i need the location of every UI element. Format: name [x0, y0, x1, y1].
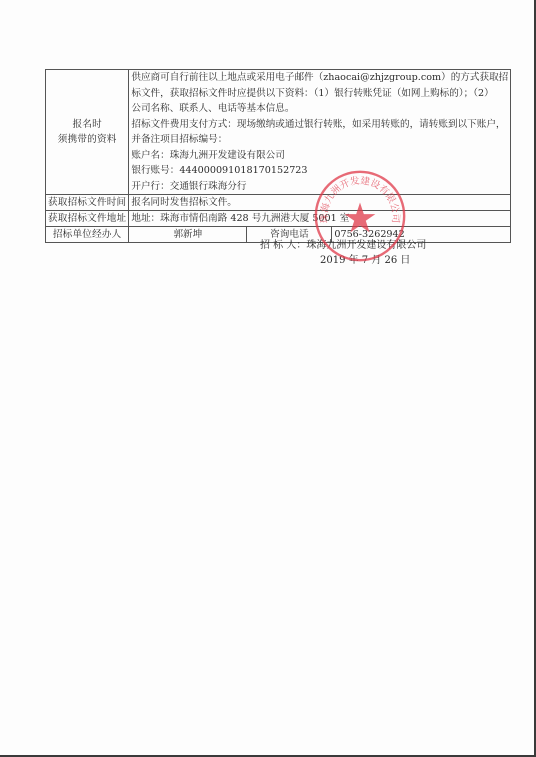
materials-line: 公司名称、联系人、电话等基本信息。	[131, 101, 508, 117]
tenderer-signature: 招 标 人：珠海九洲开发建设有限公司	[260, 236, 426, 251]
materials-label: 报名时 须携带的资料	[46, 70, 129, 195]
contact-label: 招标单位经办人	[46, 227, 129, 243]
address-label: 获取招标文件地址	[46, 211, 129, 227]
signature-date: 2019 年 7 月 26 日	[320, 251, 410, 266]
contact-name: 郭新坤	[129, 227, 247, 243]
materials-content: 供应商可自行前往以上地点或采用电子邮件（zhaocai@zhjzgroup.co…	[129, 70, 511, 195]
materials-line: 并备注项目招标编号：	[131, 132, 508, 148]
materials-line: 银行账号：444000091018170152723	[131, 163, 508, 179]
materials-line: 供应商可自行前往以上地点或采用电子邮件（zhaocai@zhjzgroup.co…	[131, 70, 508, 86]
materials-line: 标文件，获取招标文件时应提供以下资料：（1）银行转账凭证（如网上购标的）；（2）	[131, 86, 508, 102]
time-value: 报名同时发售招标文件。	[129, 195, 511, 211]
table-row-materials: 报名时 须携带的资料 供应商可自行前往以上地点或采用电子邮件（zhaocai@z…	[46, 70, 511, 195]
materials-line: 账户名：珠海九洲开发建设有限公司	[131, 148, 508, 164]
materials-line: 开户行：交通银行珠海分行	[131, 179, 508, 195]
materials-label-line1: 报名时	[48, 117, 126, 133]
materials-line: 招标文件费用支付方式：现场缴纳或通过银行转账，如采用转账的，请转账到以下账户，	[131, 117, 508, 133]
address-value: 地址：珠海市情侣南路 428 号九洲港大厦 5001 室	[129, 211, 511, 227]
tender-info-table: 报名时 须携带的资料 供应商可自行前往以上地点或采用电子邮件（zhaocai@z…	[45, 69, 511, 243]
table-row-address: 获取招标文件地址 地址：珠海市情侣南路 428 号九洲港大厦 5001 室	[46, 211, 511, 227]
table-row-time: 获取招标文件时间 报名同时发售招标文件。	[46, 195, 511, 211]
time-label: 获取招标文件时间	[46, 195, 129, 211]
materials-label-line2: 须携带的资料	[48, 132, 126, 148]
